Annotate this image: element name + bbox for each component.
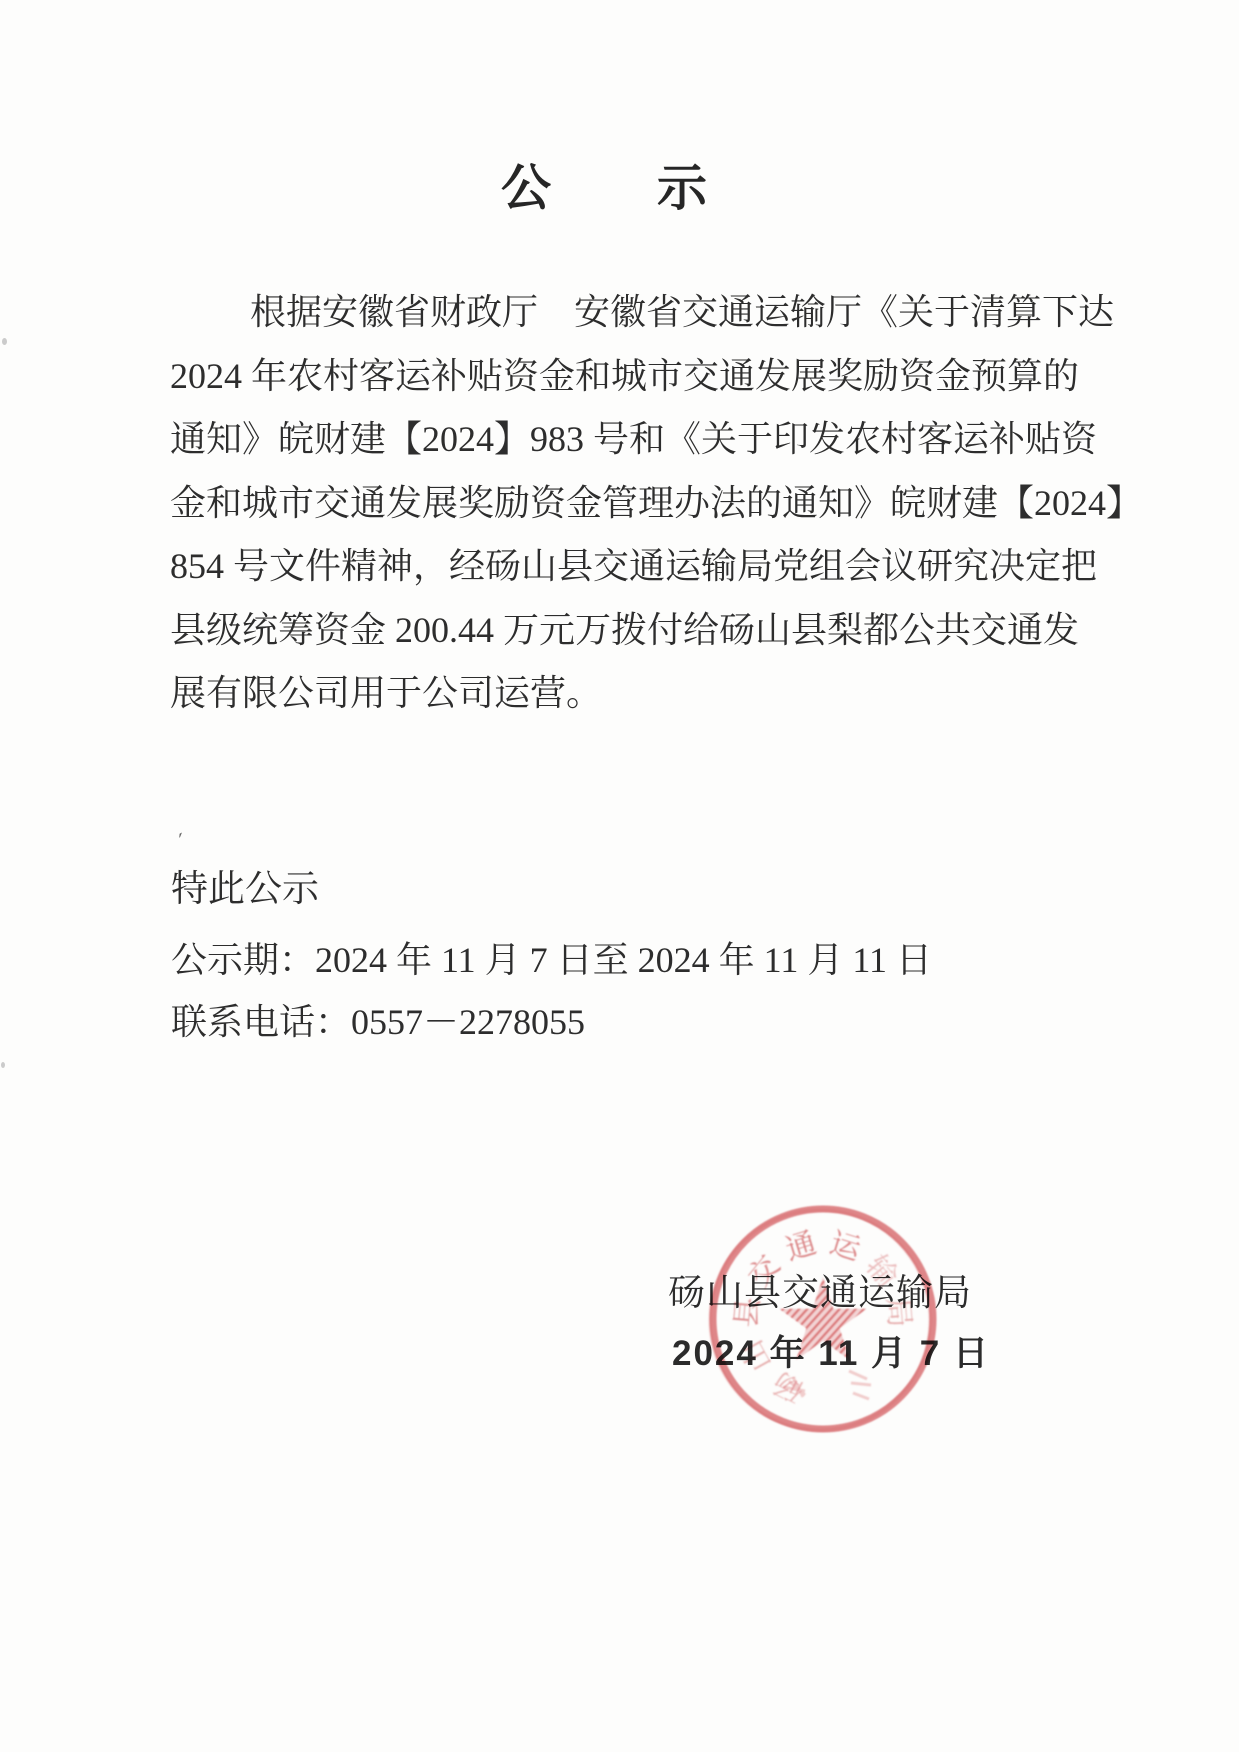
body-line: 县级统筹资金 200.44 万元万拨付给砀山县梨都公共交通发 <box>170 599 1048 663</box>
body-line: 通知》皖财建【2024】983 号和《关于印发农村客运补贴资 <box>170 408 1048 472</box>
body-line: 金和城市交通发展奖励资金管理办法的通知》皖财建【2024】 <box>170 472 1048 536</box>
svg-text:局: 局 <box>880 1296 915 1329</box>
scan-speck <box>1 1062 5 1068</box>
closing-line: 特此公示 <box>171 858 319 912</box>
body-line: 854 号文件精神，经砀山县交通运输局党组会议研究决定把 <box>170 535 1048 599</box>
svg-text:交: 交 <box>742 1249 787 1293</box>
svg-text:输: 输 <box>859 1249 904 1293</box>
svg-text:砀: 砀 <box>768 1365 810 1408</box>
publicity-period-line: 公示期：2024 年 11 月 7 日至 2024 年 11 月 11 日 <box>171 932 932 983</box>
body-line: 2024 年农村客运补贴资金和城市交通发展奖励资金预算的 <box>170 345 1048 409</box>
svg-text:县: 县 <box>730 1296 765 1329</box>
official-seal-stamp: 砀 山 县 交 通 运 输 局 <box>703 1199 943 1439</box>
seal-star-icon <box>779 1277 867 1360</box>
svg-text:通: 通 <box>782 1227 820 1267</box>
scan-stray-mark: ˊ <box>174 828 193 854</box>
contact-phone-line: 联系电话：0557－2278055 <box>171 994 585 1045</box>
body-line: 展有限公司用于公司运营。 <box>170 662 1048 726</box>
svg-text:运: 运 <box>826 1227 865 1268</box>
notice-body: 根据安徽省财政厅 安徽省交通运输厅《关于清算下达 2024 年农村客运补贴资金和… <box>170 281 1048 726</box>
scanned-notice-page: 公 示 根据安徽省财政厅 安徽省交通运输厅《关于清算下达 2024 年农村客运补… <box>0 0 1239 1752</box>
body-line: 根据安徽省财政厅 安徽省交通运输厅《关于清算下达 <box>170 281 1048 345</box>
scan-speck <box>2 338 7 345</box>
page-title: 公 示 <box>0 148 1210 220</box>
svg-text:山: 山 <box>735 1334 778 1376</box>
